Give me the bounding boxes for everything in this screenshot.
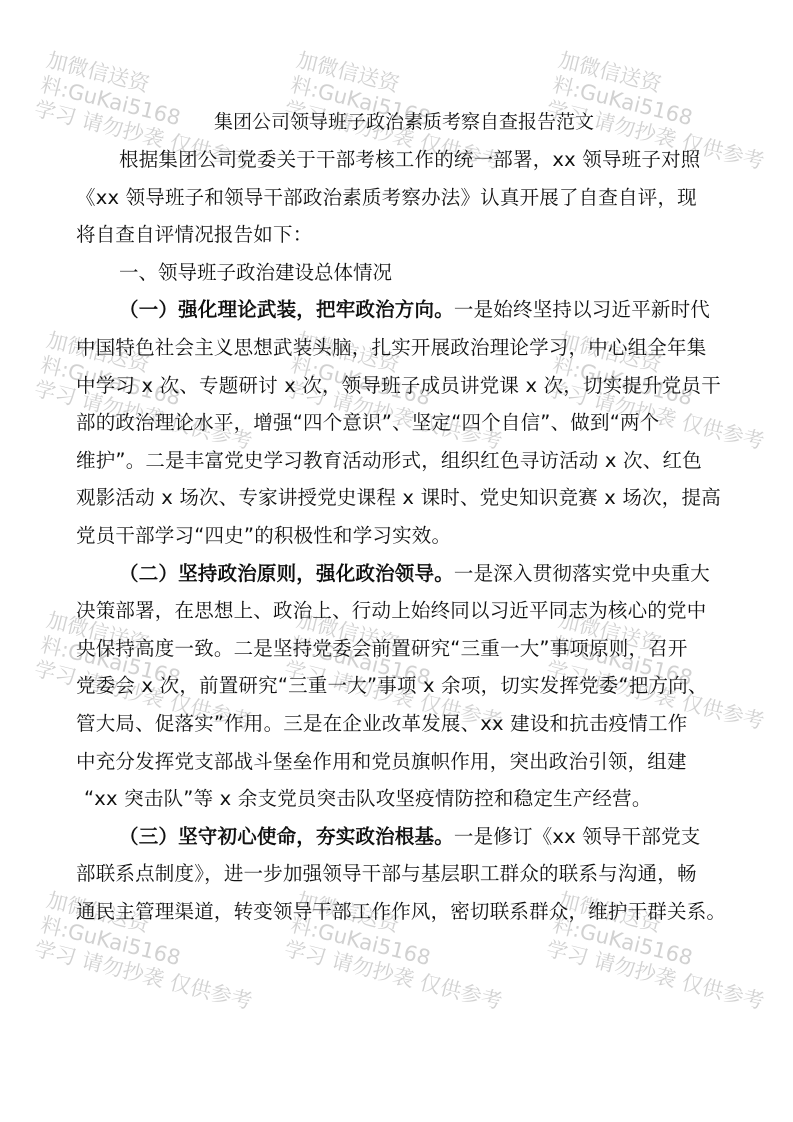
subsection-lead: （二）坚持政治原则，强化政治领导。 [119,562,454,585]
subsection-text: 一是始终坚持以习近平新时代 [454,298,710,321]
intro-line: 根据集团公司党委关于干部考核工作的统一部署，xx 领导班子对照 [76,141,718,179]
document-title: 集团公司领导班子政治素质考察自查报告范文 [76,104,718,141]
subsection-first-line: （二）坚持政治原则，强化政治领导。一是深入贯彻落实党中央重大 [76,555,718,593]
subsection-first-line: （三）坚守初心使命，夯实政治根基。一是修订《xx 领导干部党支 [76,818,718,856]
subsection-first-line: （一）强化理论武装，把牢政治方向。一是始终坚持以习近平新时代 [76,291,718,329]
text-line: 党委会 x 次，前置研究“三重一大”事项 x 余项，切实发挥党委“把方向、 [76,667,718,705]
subsection-lead: （一）强化理论武装，把牢政治方向。 [119,298,454,321]
subsection-lead: （三）坚守初心使命，夯实政治根基。 [119,825,454,848]
text-line: 央保持高度一致。二是坚持党委会前置研究“三重一大”事项原则，召开 [76,630,718,668]
text-line: 部的政治理论水平，增强“四个意识”、坚定“四个自信”、做到“两个 [76,404,718,442]
section-heading-1: 一、领导班子政治建设总体情况 [76,254,718,292]
subsection-1: （一）强化理论武装，把牢政治方向。一是始终坚持以习近平新时代 中国特色社会主义思… [76,291,718,554]
subsection-text: 一是修订《xx 领导干部党支 [454,825,701,848]
text-line: 决策部署，在思想上、政治上、行动上始终同以习近平同志为核心的党中 [76,592,718,630]
text-line: 管大局、促落实”作用。三是在企业改革发展、xx 建设和抗击疫情工作 [76,705,718,743]
subsection-2: （二）坚持政治原则，强化政治领导。一是深入贯彻落实党中央重大 决策部署，在思想上… [76,555,718,818]
text-line: 党员干部学习“四史”的积极性和学习实效。 [76,517,718,555]
intro-line: 将自查自评情况报告如下： [76,216,718,254]
subsection-text: 一是深入贯彻落实党中央重大 [454,562,710,585]
text-line: 部联系点制度》，进一步加强领导干部与基层职工群众的联系与沟通，畅 [76,855,718,893]
subsection-3: （三）坚守初心使命，夯实政治根基。一是修订《xx 领导干部党支 部联系点制度》，… [76,818,718,931]
text-line: 中学习 x 次、专题研讨 x 次，领导班子成员讲党课 x 次，切实提升党员干 [76,367,718,405]
text-line: 通民主管理渠道，转变领导干部工作作风，密切联系群众，维护干群关系。 [76,893,718,931]
text-line: 观影活动 x 场次、专家讲授党史课程 x 课时、党史知识竞赛 x 场次，提高 [76,479,718,517]
intro-line: 《xx 领导班子和领导干部政治素质考察办法》认真开展了自查自评，现 [76,179,718,217]
intro-paragraph: 根据集团公司党委关于干部考核工作的统一部署，xx 领导班子对照 《xx 领导班子… [76,141,718,254]
text-line: 中国特色社会主义思想武装头脑，扎实开展政治理论学习，中心组全年集 [76,329,718,367]
document-page: 加微信送资 料:GuKai5168 学习 请勿抄袭 仅供参考 加微信送资 料:G… [0,0,793,1122]
document-body: 集团公司领导班子政治素质考察自查报告范文 根据集团公司党委关于干部考核工作的统一… [76,104,718,930]
text-line: 中充分发挥党支部战斗堡垒作用和党员旗帜作用，突出政治引领，组建 [76,743,718,781]
text-line: 维护”。二是丰富党史学习教育活动形式，组织红色寻访活动 x 次、红色 [76,442,718,480]
text-line: “xx 突击队”等 x 余支党员突击队攻坚疫情防控和稳定生产经营。 [76,780,718,818]
